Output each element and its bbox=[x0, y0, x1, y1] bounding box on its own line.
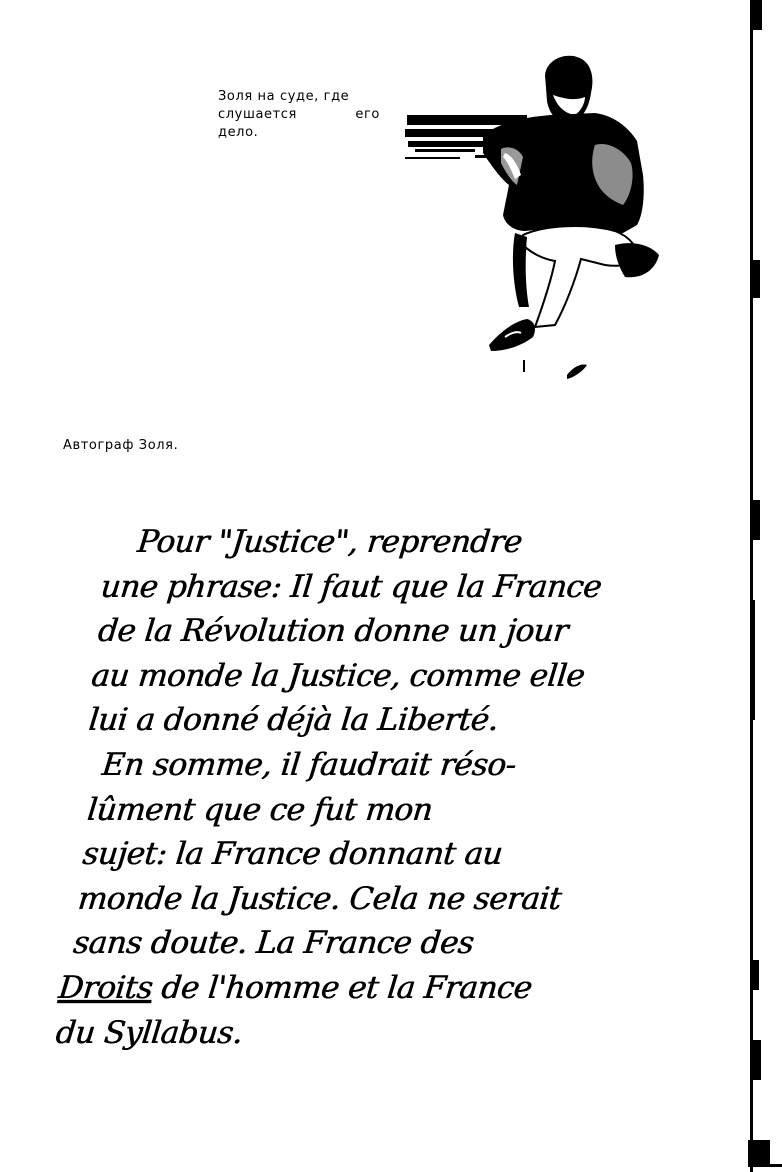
photo-caption: Золя на суде, где слушаетсяего дело. bbox=[218, 88, 380, 142]
manuscript-line: Pour "Justice", reprendre bbox=[103, 520, 598, 565]
manuscript-line-underlined: Droits de l'homme et la France bbox=[56, 966, 551, 1011]
manuscript-line: de la Révolution donne un jour bbox=[94, 609, 589, 654]
photo-caption-word: слушается bbox=[218, 106, 297, 124]
manuscript-line: du Syllabus. bbox=[52, 1011, 547, 1056]
manuscript-line: sujet: la France donnant au bbox=[71, 832, 566, 877]
page-spine-edge bbox=[748, 0, 782, 1172]
underlined-word: Droits bbox=[57, 970, 154, 1006]
photo-caption-line-2: слушаетсяего bbox=[218, 106, 380, 124]
photo-caption-line-1: Золя на суде, где bbox=[218, 88, 380, 106]
handwritten-manuscript: Pour "Justice", reprendre une phrase: Il… bbox=[52, 520, 598, 1055]
book-page: Золя на суде, где слушаетсяего дело. bbox=[0, 0, 782, 1172]
manuscript-line-rest: de l'homme et la France bbox=[151, 970, 534, 1006]
manuscript-line: monde la Justice. Cela ne serait bbox=[66, 877, 561, 922]
photo-caption-line-3: дело. bbox=[218, 124, 380, 142]
zola-seated-photo bbox=[405, 45, 667, 380]
autograph-caption: Автограф Золя. bbox=[63, 438, 178, 453]
manuscript-line: sans doute. La France des bbox=[61, 921, 556, 966]
manuscript-line: au monde la Justice, comme elle bbox=[89, 654, 584, 699]
manuscript-line: lui a donné déjà la Liberté. bbox=[85, 698, 580, 743]
photo-caption-word: его bbox=[355, 106, 380, 124]
manuscript-line: En somme, il faudrait réso- bbox=[80, 743, 575, 788]
manuscript-line: lûment que ce fut mon bbox=[75, 788, 570, 833]
manuscript-line: une phrase: Il faut que la France bbox=[99, 565, 594, 610]
